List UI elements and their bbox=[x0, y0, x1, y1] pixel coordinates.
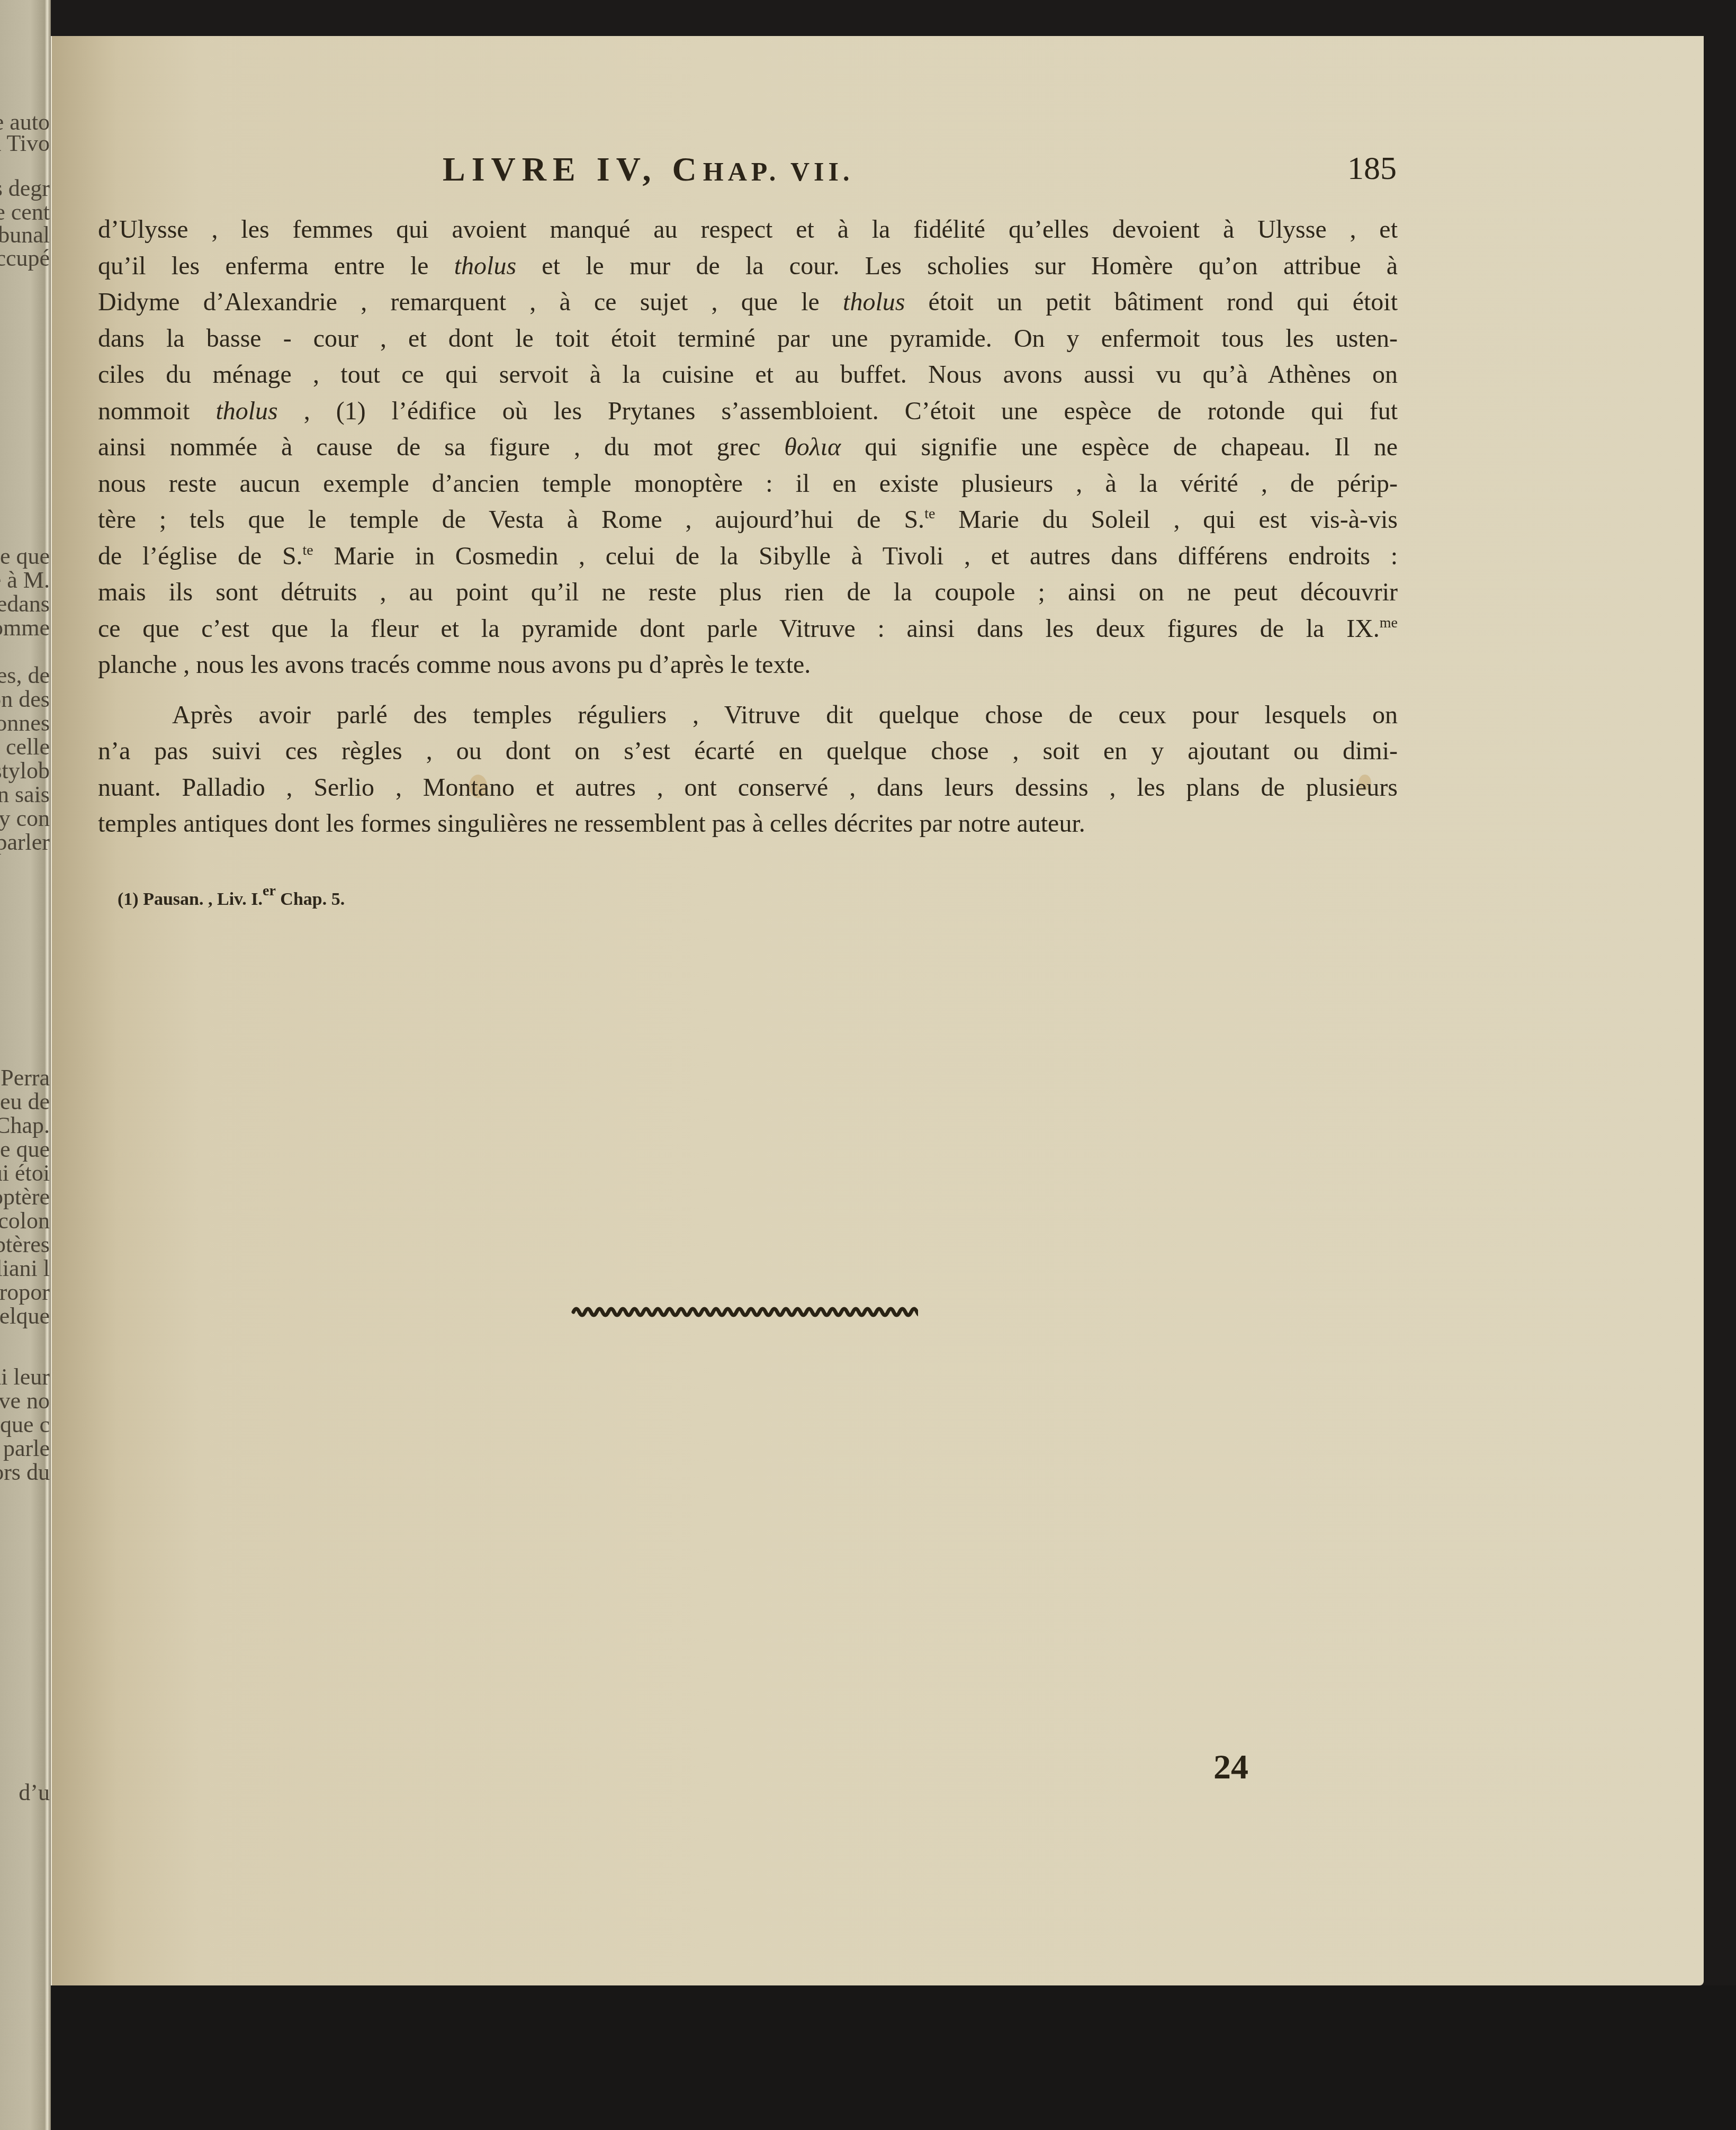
previous-page-text: en-dedans bbox=[0, 590, 50, 617]
superscript: me bbox=[1380, 615, 1398, 631]
tail-piece-ornament bbox=[571, 1305, 918, 1319]
previous-page-text: té occupé bbox=[0, 245, 50, 272]
previous-page-text: Vitruve no bbox=[0, 1387, 50, 1414]
previous-page-text: e Galiani l bbox=[0, 1255, 50, 1282]
footnote-marker: (1) bbox=[118, 889, 139, 909]
previous-page-text: hors du bbox=[0, 1459, 50, 1486]
previous-page-text: qui leur bbox=[0, 1363, 50, 1390]
italic-term: tholus bbox=[454, 252, 516, 280]
previous-page-text: ur, y con bbox=[0, 805, 50, 832]
text-line: de l’église de S.te Marie in Cosmedin , … bbox=[98, 538, 1398, 575]
previous-page-edge: nifie autolle à Tivor les degrns le cent… bbox=[0, 0, 51, 2130]
text-line: nous reste aucun exemple d’ancien temple… bbox=[98, 466, 1398, 502]
previous-page-text: obates, de bbox=[0, 662, 50, 689]
previous-page-text: nne. Perra bbox=[0, 1064, 50, 1091]
text-line: planche , nous les avons tracés comme no… bbox=[98, 647, 1398, 684]
italic-term: θολια bbox=[784, 433, 841, 461]
text-line: ce que c’est que la fleur et la pyramide… bbox=[98, 611, 1398, 648]
text-line: qu’il les enferma entre le tholus et le … bbox=[98, 248, 1398, 285]
previous-page-text: monoptère bbox=[0, 1183, 50, 1210]
previous-page-text: ère parle bbox=[0, 1435, 50, 1462]
previous-page-text: sans parler bbox=[0, 829, 50, 856]
text-line: dans la basse - cour , et dont le toit é… bbox=[98, 321, 1398, 357]
previous-page-text: nonoptères bbox=[0, 1231, 50, 1258]
scan-background bbox=[0, 1985, 1736, 2130]
text-line: tère ; tels que le temple de Vesta à Rom… bbox=[98, 502, 1398, 538]
text-line: ainsi nommée à cause de sa figure , du m… bbox=[98, 429, 1398, 466]
text-line: nommoit tholus , (1) l’édifice où les Pr… bbox=[98, 393, 1398, 430]
previous-page-text: lle à Tivo bbox=[0, 130, 50, 157]
previous-page-text: aussi celle bbox=[0, 733, 50, 760]
paragraph-1: d’Ulysse , les femmes qui avoient manqué… bbox=[98, 212, 1398, 684]
previous-page-text: n’au lieu de bbox=[0, 1088, 50, 1115]
previous-page-text: les propor bbox=[0, 1279, 50, 1306]
running-head-title: LIVRE IV, CHAP. VII. bbox=[443, 150, 853, 189]
italic-term: tholus bbox=[215, 397, 277, 425]
body-text: d’Ulysse , les femmes qui avoient manqué… bbox=[98, 212, 1398, 842]
paragraph-2: Après avoir parlé des temples réguliers … bbox=[98, 697, 1398, 842]
previous-page-text: pose que bbox=[0, 1136, 50, 1163]
text-line: Après avoir parlé des temples réguliers … bbox=[98, 697, 1398, 734]
previous-page-text: e quelque bbox=[0, 1302, 50, 1329]
text-line: nuant. Palladio , Serlio , Montano et au… bbox=[98, 770, 1398, 806]
previous-page-text: les colon bbox=[0, 1207, 50, 1234]
text-line: ciles du ménage , tout ce qui servoit à … bbox=[98, 357, 1398, 393]
previous-page-text: 1.er Chap. bbox=[0, 1112, 50, 1139]
text-line: mais ils sont détruits , au point qu’il … bbox=[98, 574, 1398, 611]
footnote: (1) Pausan. , Liv. I.er Chap. 5. bbox=[118, 889, 345, 910]
superscript: te bbox=[303, 542, 313, 559]
previous-page-text: adé à M. bbox=[0, 567, 50, 594]
previous-page-text: colonnes bbox=[0, 709, 50, 736]
previous-page-text: ation des bbox=[0, 686, 50, 713]
text-line: d’Ulysse , les femmes qui avoient manqué… bbox=[98, 212, 1398, 248]
previous-page-text: roît que c bbox=[0, 1411, 50, 1438]
previous-page-text: , qui étoi bbox=[0, 1160, 50, 1187]
running-head: LIVRE IV, CHAP. VII. 185 bbox=[443, 150, 1397, 192]
text-line: temples antiques dont les formes singuli… bbox=[98, 806, 1398, 842]
signature-mark: 24 bbox=[1213, 1747, 1248, 1787]
previous-page-text: s , comme bbox=[0, 614, 50, 641]
previous-page-text: d’u bbox=[19, 1779, 50, 1806]
previous-page-text: ose que bbox=[0, 543, 50, 570]
page-number: 185 bbox=[1347, 150, 1397, 187]
footnote-text: Pausan. , Liv. I. bbox=[139, 889, 263, 909]
previous-page-text: r les degr bbox=[0, 175, 50, 202]
text-line: n’a pas suivi ces règles , ou dont on s’… bbox=[98, 733, 1398, 770]
previous-page-text: bien sais bbox=[0, 781, 50, 808]
superscript: te bbox=[924, 506, 935, 522]
previous-page-text: er stylob bbox=[0, 757, 50, 784]
text-line: Didyme d’Alexandrie , remarquent , à ce … bbox=[98, 284, 1398, 321]
italic-term: tholus bbox=[843, 288, 905, 316]
